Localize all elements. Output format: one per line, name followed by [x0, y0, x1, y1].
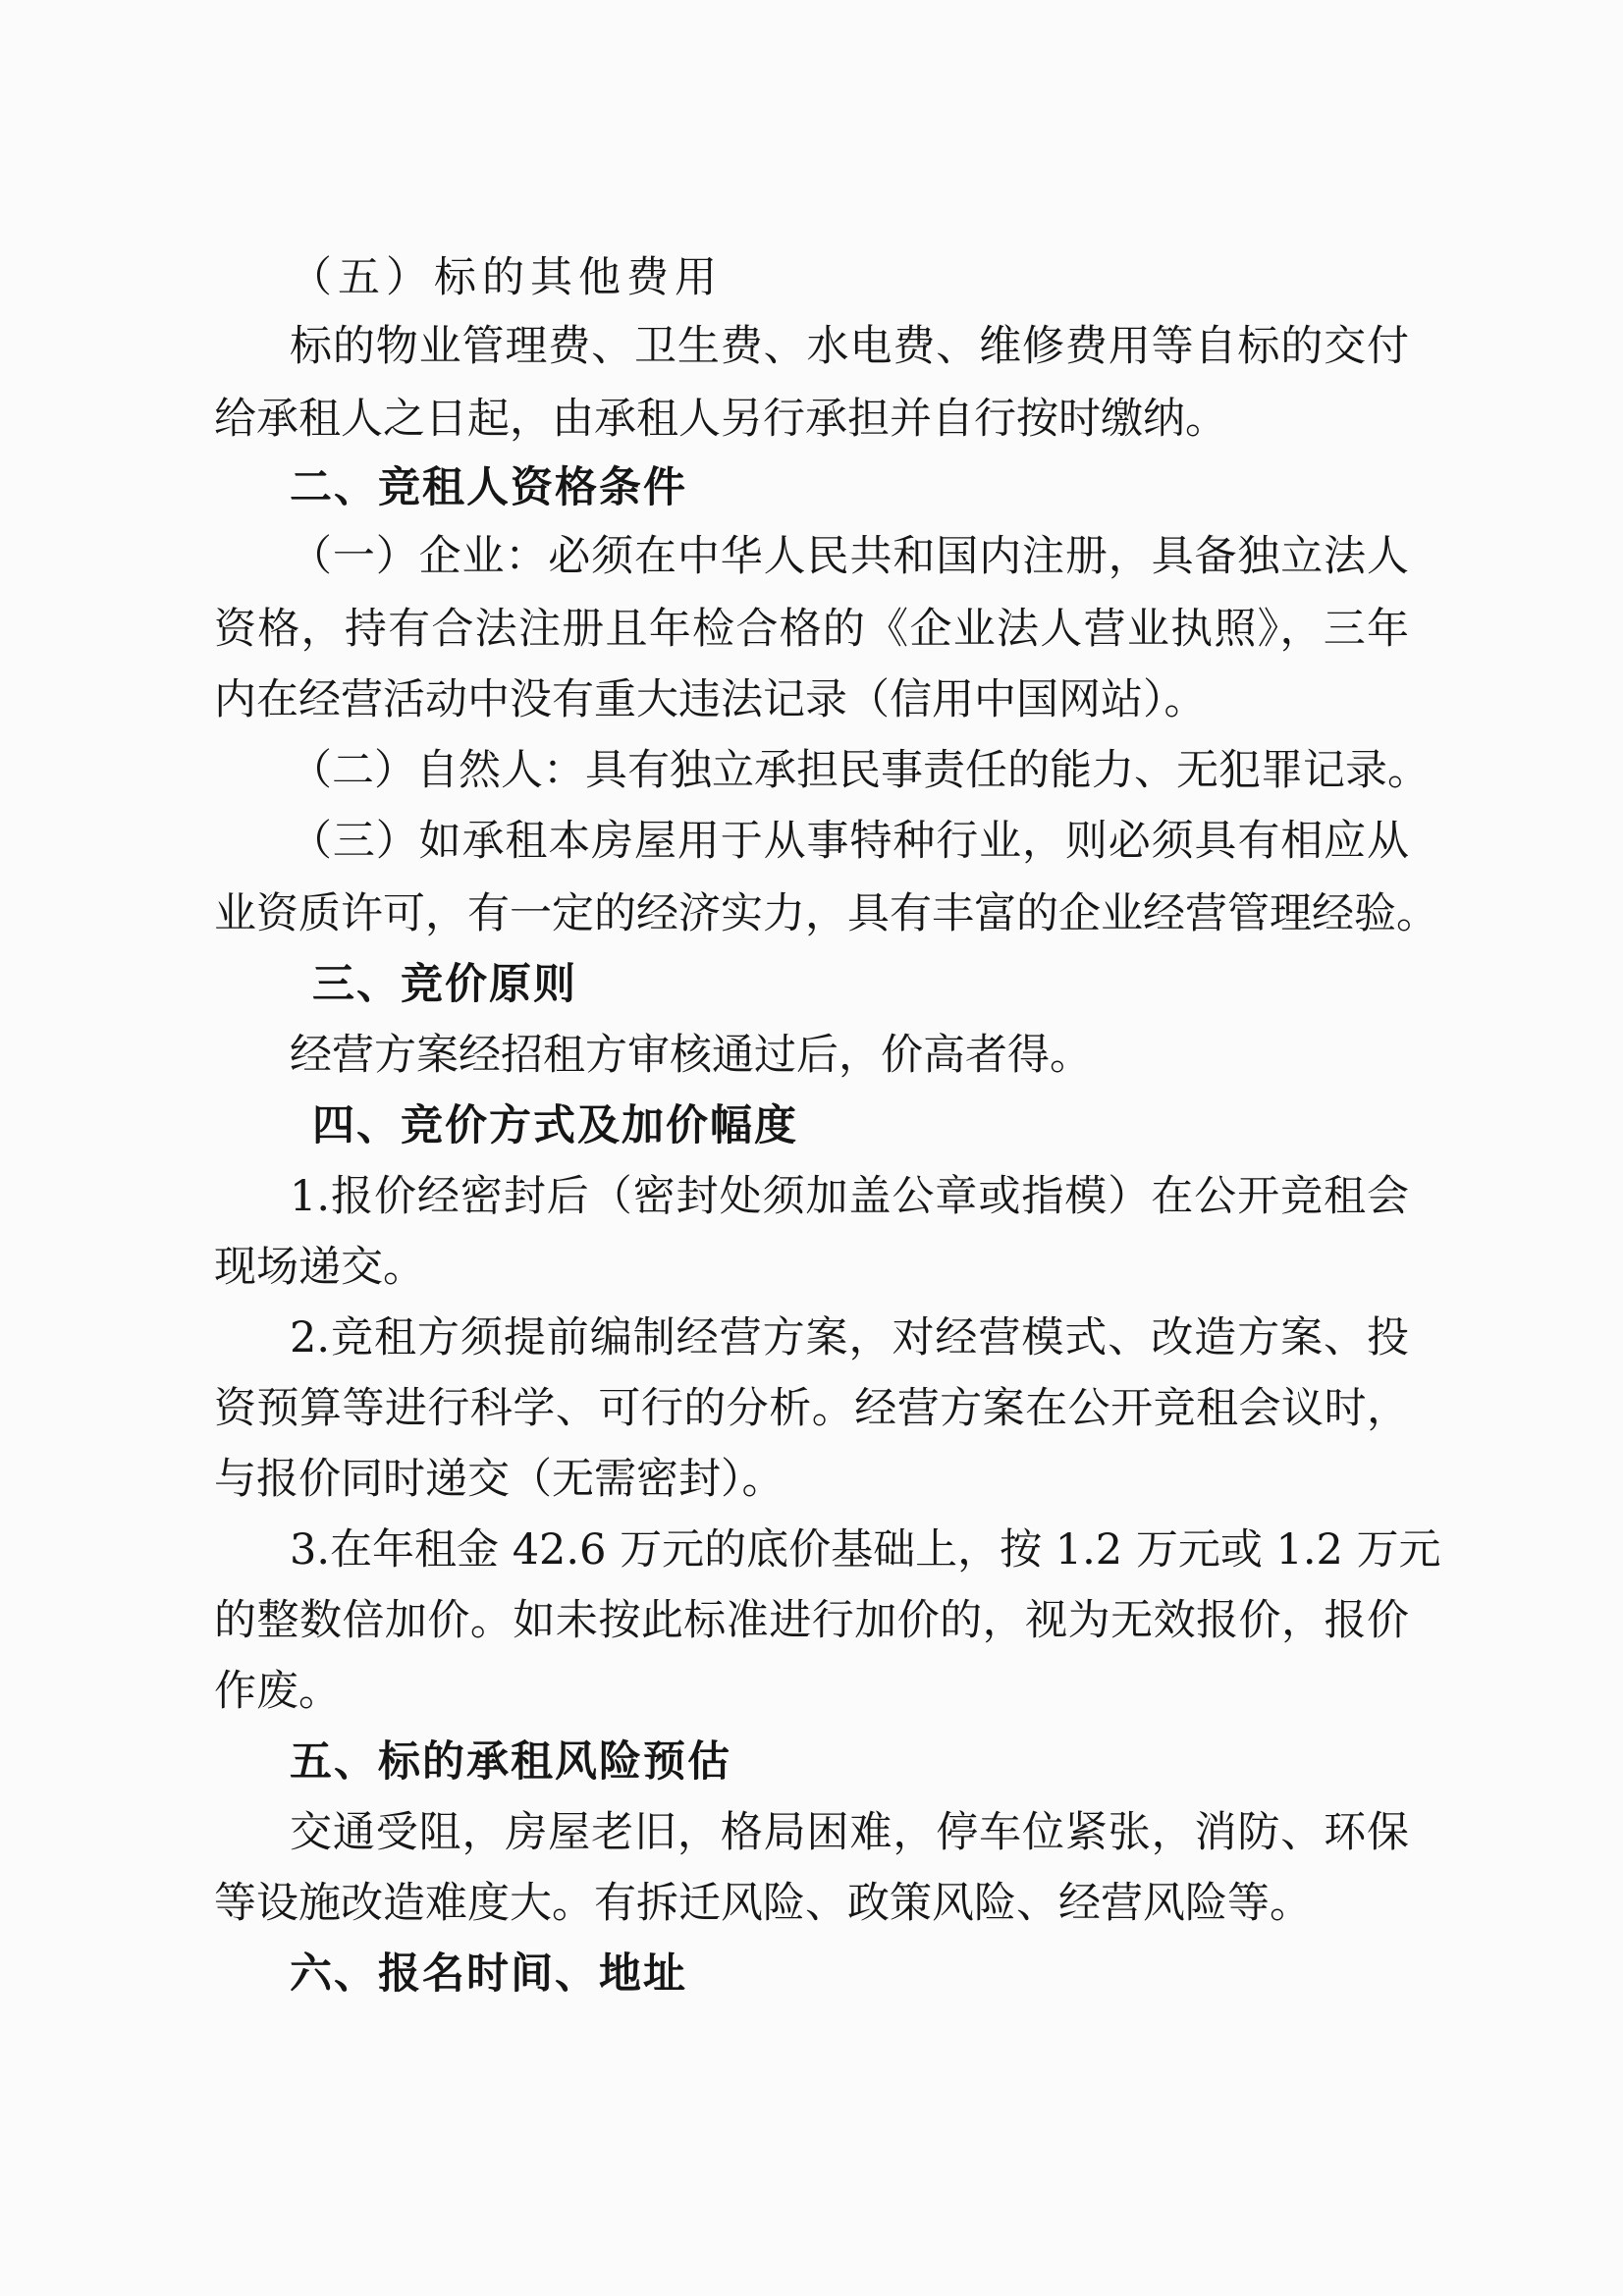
paragraph-line: 作废。 — [214, 1662, 1409, 1721]
paragraph-line: 交通受阻，房屋老旧，格局困难，停车位紧张，消防、环保 — [290, 1803, 1409, 1862]
paragraph-line: （一）企业：必须在中华人民共和国内注册，具备独立法人 — [290, 527, 1409, 586]
paragraph-line: 现场递交。 — [214, 1238, 1409, 1297]
section-heading-registration: 六、报名时间、地址 — [290, 1945, 1409, 2003]
paragraph-line: 给承租人之日起，由承租人另行承担并自行按时缴纳。 — [214, 390, 1409, 449]
paragraph-line: 标的物业管理费、卫生费、水电费、维修费用等自标的交付 — [290, 317, 1409, 376]
paragraph-line: 等设施改造难度大。有拆迁风险、政策风险、经营风险等。 — [214, 1874, 1409, 1933]
paragraph-line: 1.报价经密封后（密封处须加盖公章或指模）在公开竞租会 — [290, 1167, 1409, 1226]
paragraph-line: 3.在年租金 42.6 万元的底价基础上，按 1.2 万元或 1.2 万元 — [290, 1521, 1409, 1579]
section-heading-bidding-method: 四、竞价方式及加价幅度 — [312, 1096, 1432, 1155]
paragraph-line: 的整数倍加价。如未按此标准进行加价的，视为无效报价，报价 — [214, 1591, 1409, 1650]
paragraph-line: 与报价同时递交（无需密封）。 — [214, 1450, 1409, 1509]
paragraph-line: 资格，持有合法注册且年检合格的《企业法人营业执照》，三年 — [214, 600, 1409, 659]
section-heading-bidder-qualifications: 二、竞租人资格条件 — [290, 458, 1409, 517]
section-heading-bidding-principle: 三、竞价原则 — [312, 955, 1432, 1014]
paragraph-line: （二）自然人：具有独立承担民事责任的能力、无犯罪记录。 — [290, 741, 1409, 800]
paragraph-line: 2.竞租方须提前编制经营方案，对经营模式、改造方案、投 — [290, 1308, 1409, 1367]
subsection-heading-other-fees: （五）标的其他费用 — [290, 248, 1409, 307]
paragraph-line: 内在经营活动中没有重大违法记录（信用中国网站）。 — [214, 670, 1409, 729]
paragraph-line: 资预算等进行科学、可行的分析。经营方案在公开竞租会议时， — [214, 1379, 1409, 1438]
paragraph-line: 业资质许可，有一定的经济实力，具有丰富的企业经营管理经验。 — [214, 884, 1409, 943]
document-page: （五）标的其他费用 标的物业管理费、卫生费、水电费、维修费用等自标的交付 给承租… — [0, 0, 1623, 2296]
section-heading-rental-risk: 五、标的承租风险预估 — [290, 1733, 1409, 1791]
paragraph-line: （三）如承租本房屋用于从事特种行业，则必须具有相应从 — [290, 812, 1409, 871]
paragraph-line: 经营方案经招租方审核通过后，价高者得。 — [290, 1026, 1409, 1085]
